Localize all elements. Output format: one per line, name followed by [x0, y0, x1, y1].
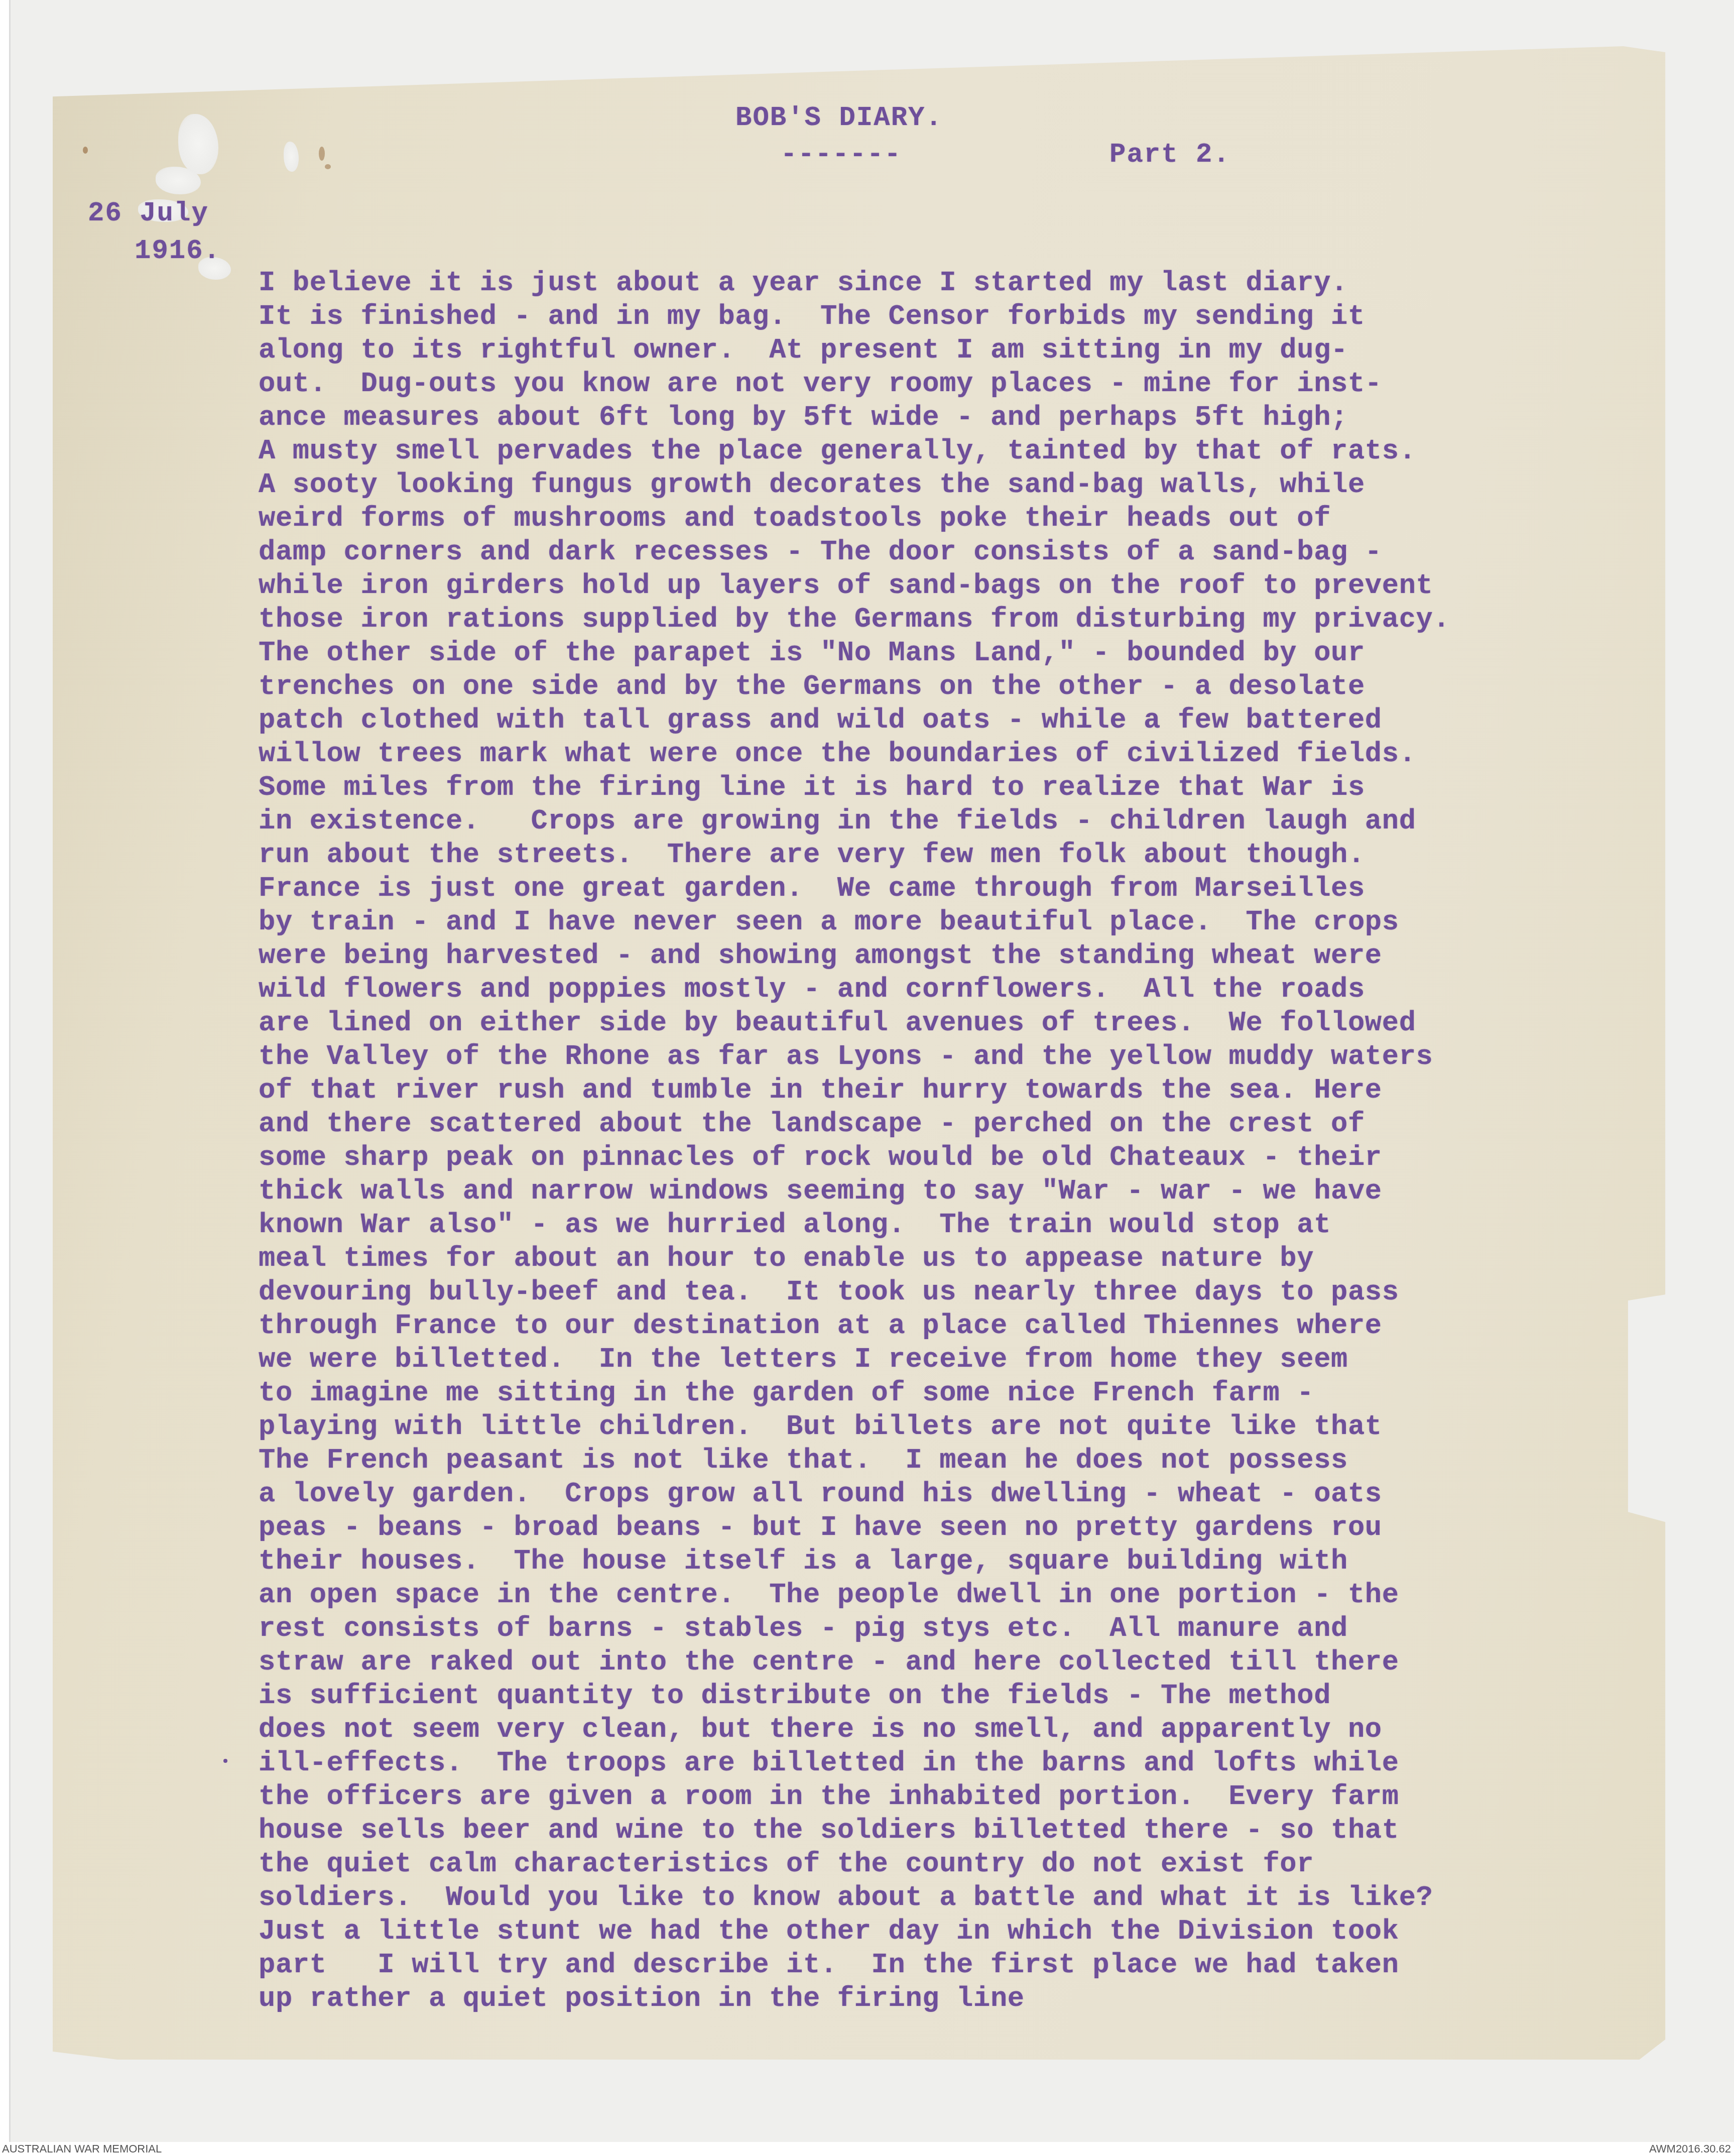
text-line: It is finished - and in my bag. The Cens… — [259, 300, 1714, 333]
text-line: I believe it is just about a year since … — [259, 266, 1714, 300]
text-line: devouring bully-beef and tea. It took us… — [259, 1275, 1714, 1309]
paper-tear — [284, 142, 299, 172]
text-line: those iron rations supplied by the Germa… — [259, 603, 1714, 636]
institution-credit: AUSTRALIAN WAR MEMORIAL — [2, 2142, 162, 2155]
text-line: does not seem very clean, but there is n… — [259, 1713, 1714, 1746]
text-line: their houses. The house itself is a larg… — [259, 1544, 1714, 1578]
text-line: up rather a quiet position in the firing… — [259, 1982, 1714, 2015]
text-line: A musty smell pervades the place general… — [259, 434, 1714, 468]
text-line: and there scattered about the landscape … — [259, 1107, 1714, 1141]
text-line: the officers are given a room in the inh… — [259, 1780, 1714, 1814]
text-line: ance measures about 6ft long by 5ft wide… — [259, 401, 1714, 434]
part-label: Part 2. — [1109, 140, 1230, 170]
title-underline-dashes: ------- — [781, 140, 902, 170]
text-line: damp corners and dark recesses - The doo… — [259, 535, 1714, 569]
text-line: known War also" - as we hurried along. T… — [259, 1208, 1714, 1242]
text-line: we were billetted. In the letters I rece… — [259, 1343, 1714, 1376]
text-line: of that river rush and tumble in their h… — [259, 1073, 1714, 1107]
text-line: patch clothed with tall grass and wild o… — [259, 703, 1714, 737]
entry-date-year: 1916. — [135, 236, 221, 267]
rust-stain — [325, 164, 331, 169]
text-line: were being harvested - and showing among… — [259, 939, 1714, 973]
archive-footer: AUSTRALIAN WAR MEMORIAL AWM2016.30.62 — [0, 2142, 1734, 2156]
text-line: playing with little children. But billet… — [259, 1410, 1714, 1444]
text-line: rest consists of barns - stables - pig s… — [259, 1612, 1714, 1645]
text-line: while iron girders hold up layers of san… — [259, 569, 1714, 603]
text-line: an open space in the centre. The people … — [259, 1578, 1714, 1612]
text-line: through France to our destination at a p… — [259, 1309, 1714, 1343]
text-line: part I will try and describe it. In the … — [259, 1948, 1714, 1982]
text-line: The French peasant is not like that. I m… — [259, 1444, 1714, 1477]
text-line: willow trees mark what were once the bou… — [259, 737, 1714, 771]
text-line: along to its rightful owner. At present … — [259, 333, 1714, 367]
paper-tear — [178, 114, 218, 174]
margin-ink-dot — [223, 1759, 227, 1763]
text-line: the quiet calm characteristics of the co… — [259, 1847, 1714, 1881]
text-line: in existence. Crops are growing in the f… — [259, 804, 1714, 838]
text-line: are lined on either side by beautiful av… — [259, 1006, 1714, 1040]
text-line: to imagine me sitting in the garden of s… — [259, 1376, 1714, 1410]
text-line: soldiers. Would you like to know about a… — [259, 1881, 1714, 1914]
text-line: run about the streets. There are very fe… — [259, 838, 1714, 872]
rust-stain — [83, 147, 88, 154]
text-line: The other side of the parapet is "No Man… — [259, 636, 1714, 670]
text-line: meal times for about an hour to enable u… — [259, 1242, 1714, 1275]
text-line: by train - and I have never seen a more … — [259, 905, 1714, 939]
diary-body: I believe it is just about a year since … — [259, 266, 1714, 2015]
text-line: A sooty looking fungus growth decorates … — [259, 468, 1714, 502]
text-line: out. Dug-outs you know are not very room… — [259, 367, 1714, 401]
text-line: trenches on one side and by the Germans … — [259, 670, 1714, 703]
text-line: Some miles from the firing line it is ha… — [259, 771, 1714, 804]
text-line: the Valley of the Rhone as far as Lyons … — [259, 1040, 1714, 1073]
diary-title: BOB'S DIARY. — [735, 103, 943, 134]
text-line: wild flowers and poppies mostly - and co… — [259, 973, 1714, 1006]
text-line: weird forms of mushrooms and toadstools … — [259, 502, 1714, 535]
text-line: France is just one great garden. We came… — [259, 872, 1714, 905]
accession-number: AWM2016.30.62 — [1649, 2142, 1731, 2155]
entry-date-day-month: 26 July — [88, 198, 209, 229]
text-line: peas - beans - broad beans - but I have … — [259, 1511, 1714, 1544]
text-line: a lovely garden. Crops grow all round hi… — [259, 1477, 1714, 1511]
text-line: straw are raked out into the centre - an… — [259, 1645, 1714, 1679]
text-line: thick walls and narrow windows seeming t… — [259, 1174, 1714, 1208]
text-line: is sufficient quantity to distribute on … — [259, 1679, 1714, 1713]
text-line: house sells beer and wine to the soldier… — [259, 1814, 1714, 1847]
text-line: Just a little stunt we had the other day… — [259, 1914, 1714, 1948]
rust-stain — [319, 147, 325, 161]
text-line: some sharp peak on pinnacles of rock wou… — [259, 1141, 1714, 1174]
text-line: ill-effects. The troops are billetted in… — [259, 1746, 1714, 1780]
